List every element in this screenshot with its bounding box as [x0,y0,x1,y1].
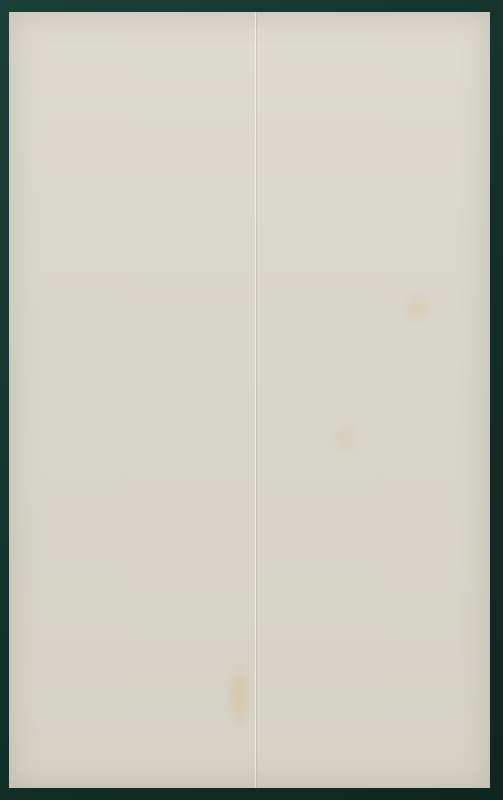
paper-fold-crease [255,12,256,788]
letter-paper [9,12,490,788]
